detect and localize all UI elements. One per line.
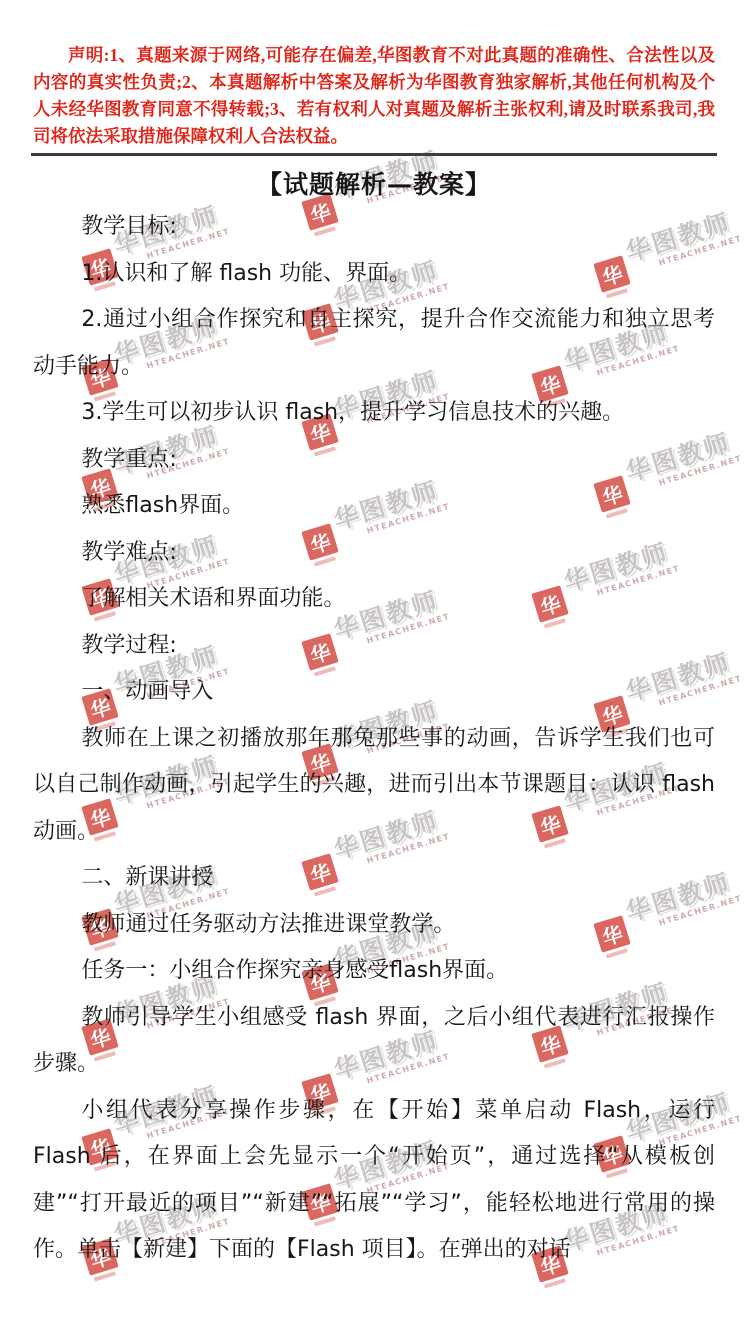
body-paragraph: 了解相关术语和界面功能。	[33, 576, 715, 623]
section-heading: 一、动画导入	[33, 669, 715, 716]
body-paragraph: 3.学生可以初步认识 flash，提升学习信息技术的兴趣。	[33, 390, 715, 437]
document-body: 教学目标:1.认识和了解 flash 功能、界面。2.通过小组合作探究和自主探究…	[33, 204, 715, 1274]
body-paragraph: 教师引导学生小组感受 flash 界面，之后小组代表进行汇报操作步骤。	[33, 995, 715, 1088]
body-paragraph: 熟悉flash界面。	[33, 483, 715, 530]
section-heading: 教学目标:	[33, 204, 715, 251]
disclaimer-label: 声明:	[68, 45, 109, 65]
document-title: 【试题解析—教案】	[0, 169, 748, 201]
document-content: 声明:1、真题来源于网络,可能存在偏差,华图教育不对此真题的准确性、合法性以及内…	[0, 0, 748, 1274]
body-paragraph: 教师在上课之初播放那年那兔那些事的动画，告诉学生我们也可以自己制作动画，引起学生…	[33, 716, 715, 856]
section-heading: 教学过程:	[33, 623, 715, 670]
body-paragraph: 1.认识和了解 flash 功能、界面。	[33, 251, 715, 298]
disclaimer-text: 1、真题来源于网络,可能存在偏差,华图教育不对此真题的准确性、合法性以及内容的真…	[33, 45, 715, 146]
body-paragraph: 教师通过任务驱动方法推进课堂教学。	[33, 902, 715, 949]
body-paragraph: 2.通过小组合作探究和自主探究，提升合作交流能力和独立思考动手能力。	[33, 297, 715, 390]
section-heading: 任务一：小组合作探究亲身感受flash界面。	[33, 948, 715, 995]
section-heading: 教学重点:	[33, 437, 715, 484]
body-paragraph: 小组代表分享操作步骤，在【开始】菜单启动 Flash，运行 Flash 后，在界…	[33, 1088, 715, 1274]
divider-line	[31, 153, 717, 156]
section-heading: 二、新课讲授	[33, 855, 715, 902]
section-heading: 教学难点:	[33, 530, 715, 577]
document-page: 华华图教师HTEACHER.NET华华图教师HTEACHER.NET华华图教师H…	[0, 0, 748, 1335]
disclaimer-notice: 声明:1、真题来源于网络,可能存在偏差,华图教育不对此真题的准确性、合法性以及内…	[33, 0, 715, 150]
